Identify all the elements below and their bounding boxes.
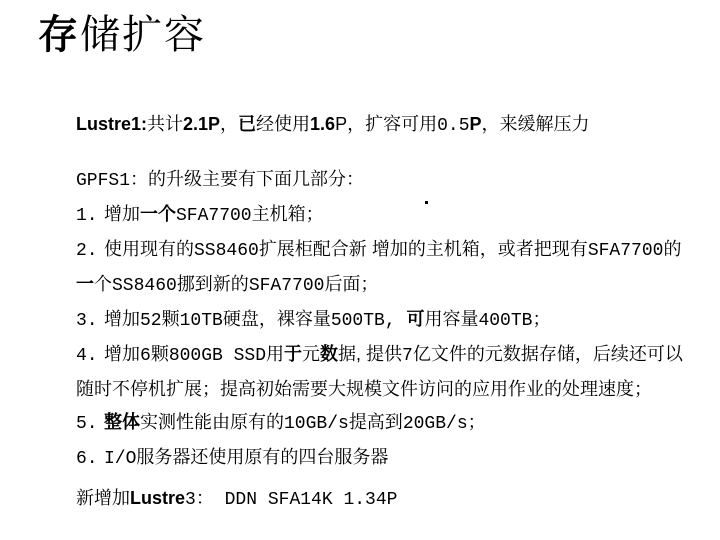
text-run: 用 — [266, 344, 284, 364]
text-run: 使用现有的 — [104, 239, 194, 259]
stray-period-dot — [425, 201, 428, 204]
text-run: 已 — [238, 114, 256, 134]
text-run: P，扩容可用 — [335, 114, 437, 134]
text-run: 7 — [402, 346, 413, 366]
text-run: 扩展柜配合新 增加的主机箱，或者把现有 — [259, 239, 588, 259]
text-run: 10TB — [180, 311, 223, 331]
text-run: ：的升级主要有下面几部分： — [130, 169, 364, 189]
text-run: 1. — [76, 200, 104, 233]
text-run: 10GB/s — [284, 414, 349, 434]
text-run: 2. — [76, 235, 104, 268]
text-run: 增加 — [104, 309, 140, 329]
text-run: SFA7700 — [249, 276, 325, 296]
text-run: 1.6 — [310, 114, 335, 134]
text-run: SS8460 — [112, 276, 177, 296]
para-item1: 1.增加一个SFA7700主机箱； — [76, 198, 690, 233]
text-run: SFA7700 — [176, 206, 252, 226]
text-run: 4. — [76, 340, 104, 373]
text-run: I/O — [104, 449, 136, 469]
text-run: 用容量 — [424, 309, 478, 329]
text-run: 挪到新的 — [177, 274, 249, 294]
text-run: 52 — [140, 311, 162, 331]
para-gpfs1: GPFS1：的升级主要有下面几部分： — [76, 163, 690, 198]
text-run: 颗 — [151, 344, 169, 364]
text-run: 6. — [76, 443, 104, 476]
text-run: 服务器还使用原有的四台服务器 — [136, 447, 388, 467]
text-run: 增加 — [104, 204, 140, 224]
text-run: 共计 — [147, 114, 183, 134]
text-run: 6 — [140, 346, 151, 366]
text-run: 3 — [185, 490, 196, 510]
para-item3: 3.增加52颗10TB硬盘，裸容量500TB, 可用容量400TB； — [76, 303, 690, 338]
text-run: 的 — [663, 239, 681, 259]
para-lustre1: Lustre1:共计2.1P，已经使用1.6P，扩容可用0.5P，来缓解压力 — [76, 108, 690, 143]
para-item2: 2.使用现有的SS8460扩展柜配合新 增加的主机箱，或者把现有SFA7700的… — [76, 233, 690, 303]
text-run: 500TB, — [331, 311, 407, 331]
text-run: DDN SFA14K 1.34P — [214, 490, 398, 510]
text-run: SFA7700 — [588, 241, 664, 261]
text-run: 个 — [94, 274, 112, 294]
text-run: 0.5 — [437, 116, 469, 136]
text-run: 据, 提供 — [338, 344, 402, 364]
text-run: 3. — [76, 305, 104, 338]
para-item6: 6.I/O服务器还使用原有的四台服务器 — [76, 441, 690, 476]
text-run: 可 — [406, 309, 424, 329]
text-run: 存 — [38, 13, 80, 57]
text-run: ： — [196, 488, 214, 508]
para-lustre3: 新增加Lustre3： DDN SFA14K 1.34P — [76, 482, 690, 517]
text-run: 主机箱； — [252, 204, 324, 224]
text-run: 增加 — [104, 344, 140, 364]
text-run: 一 — [76, 274, 94, 294]
text-run: ，来缓解压力 — [482, 114, 590, 134]
text-run: 数 — [320, 344, 338, 364]
text-run: 后面； — [324, 274, 378, 294]
text-run: 实测性能由原有的 — [140, 412, 284, 432]
slide-title: 存储扩容 — [38, 8, 206, 62]
text-run: ； — [532, 309, 550, 329]
text-run: 提高到 — [349, 412, 403, 432]
slide: 存储扩容 Lustre1:共计2.1P，已经使用1.6P，扩容可用0.5P，来缓… — [0, 0, 720, 540]
text-run: 400TB — [478, 311, 532, 331]
text-run: ， — [220, 114, 238, 134]
text-run: SS8460 — [194, 241, 259, 261]
text-run: 经使用 — [256, 114, 310, 134]
text-run: 元 — [302, 344, 320, 364]
text-run: 于 — [284, 344, 302, 364]
para-item5: 5.整体实测性能由原有的10GB/s提高到20GB/s； — [76, 406, 690, 441]
text-run: 5. — [76, 408, 104, 441]
text-run: 一个 — [140, 204, 176, 224]
text-run: 20GB/s — [403, 414, 468, 434]
text-run: 储扩容 — [80, 13, 206, 57]
text-run: 新增加 — [76, 488, 130, 508]
text-run: Lustre1: — [76, 114, 147, 134]
para-item4: 4.增加6颗800GB SSD用于元数据, 提供7亿文件的元数据存储，后续还可以… — [76, 338, 690, 406]
text-run: ； — [468, 412, 486, 432]
text-run: GPFS1 — [76, 171, 130, 191]
slide-body: Lustre1:共计2.1P，已经使用1.6P，扩容可用0.5P，来缓解压力GP… — [76, 108, 690, 517]
text-run: 800GB SSD — [169, 346, 266, 366]
text-run: 整体 — [104, 412, 140, 432]
text-run: P — [470, 114, 482, 134]
text-run: 硬盘，裸容量 — [223, 309, 331, 329]
text-run: Lustre — [130, 488, 185, 508]
text-run: 颗 — [162, 309, 180, 329]
text-run: 2.1P — [183, 114, 220, 134]
